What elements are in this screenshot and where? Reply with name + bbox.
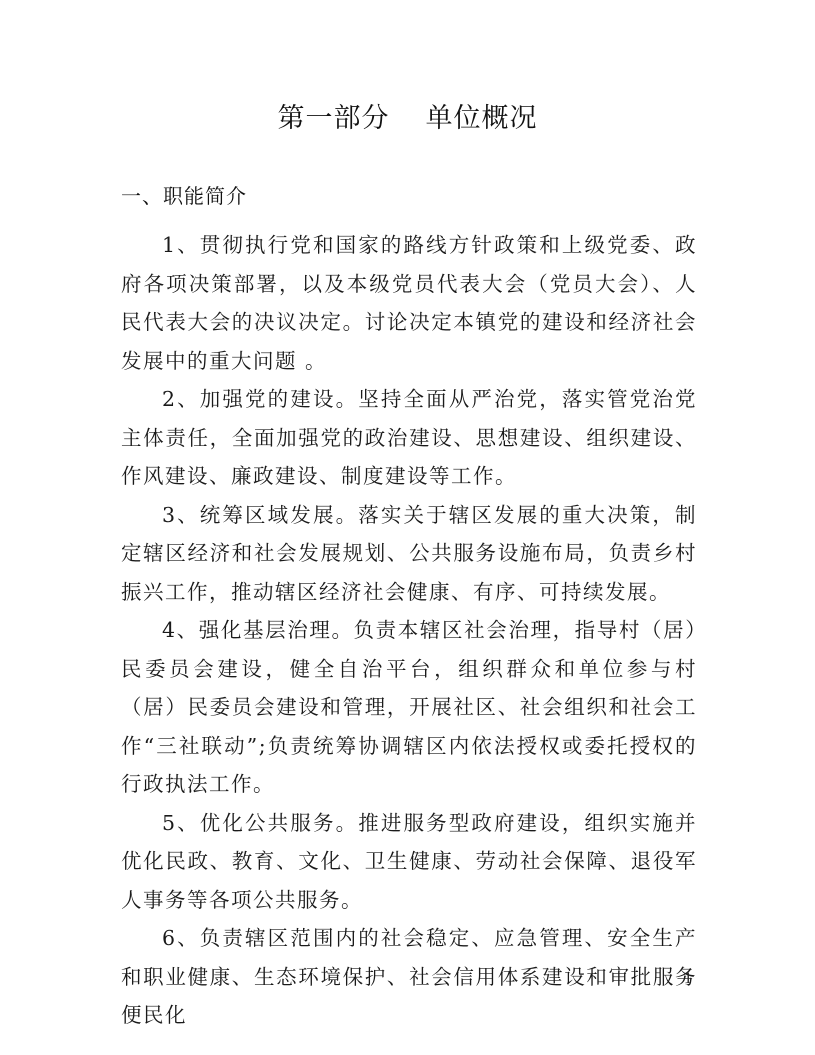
page-title: 第一部分单位概况 <box>0 96 815 135</box>
paragraph-2: 2、加强党的建设。坚持全面从严治党，落实管党治党主体责任，全面加强党的政治建设、… <box>121 380 697 496</box>
title-part: 第一部分 <box>278 103 390 134</box>
paragraph-3: 3、统筹区域发展。落实关于辖区发展的重大决策，制定辖区经济和社会发展规划、公共服… <box>121 496 697 612</box>
document-page: 第一部分单位概况 一、职能简介 1、贯彻执行党和国家的路线方针政策和上级党委、政… <box>0 0 815 1055</box>
paragraph-6: 6、负责辖区范围内的社会稳定、应急管理、安全生产和职业健康、生态环境保护、社会信… <box>121 919 697 1035</box>
document-body: 1、贯彻执行党和国家的路线方针政策和上级党委、政府各项决策部署，以及本级党员代表… <box>121 226 697 1035</box>
section-heading: 一、职能简介 <box>121 180 247 209</box>
page-number: 1 <box>684 970 692 988</box>
paragraph-4: 4、强化基层治理。负责本辖区社会治理，指导村（居）民委员会建设，健全自治平台，组… <box>121 611 697 804</box>
title-name: 单位概况 <box>426 103 538 134</box>
paragraph-1: 1、贯彻执行党和国家的路线方针政策和上级党委、政府各项决策部署，以及本级党员代表… <box>121 226 697 380</box>
paragraph-5: 5、优化公共服务。推进服务型政府建设，组织实施并优化民政、教育、文化、卫生健康、… <box>121 804 697 920</box>
